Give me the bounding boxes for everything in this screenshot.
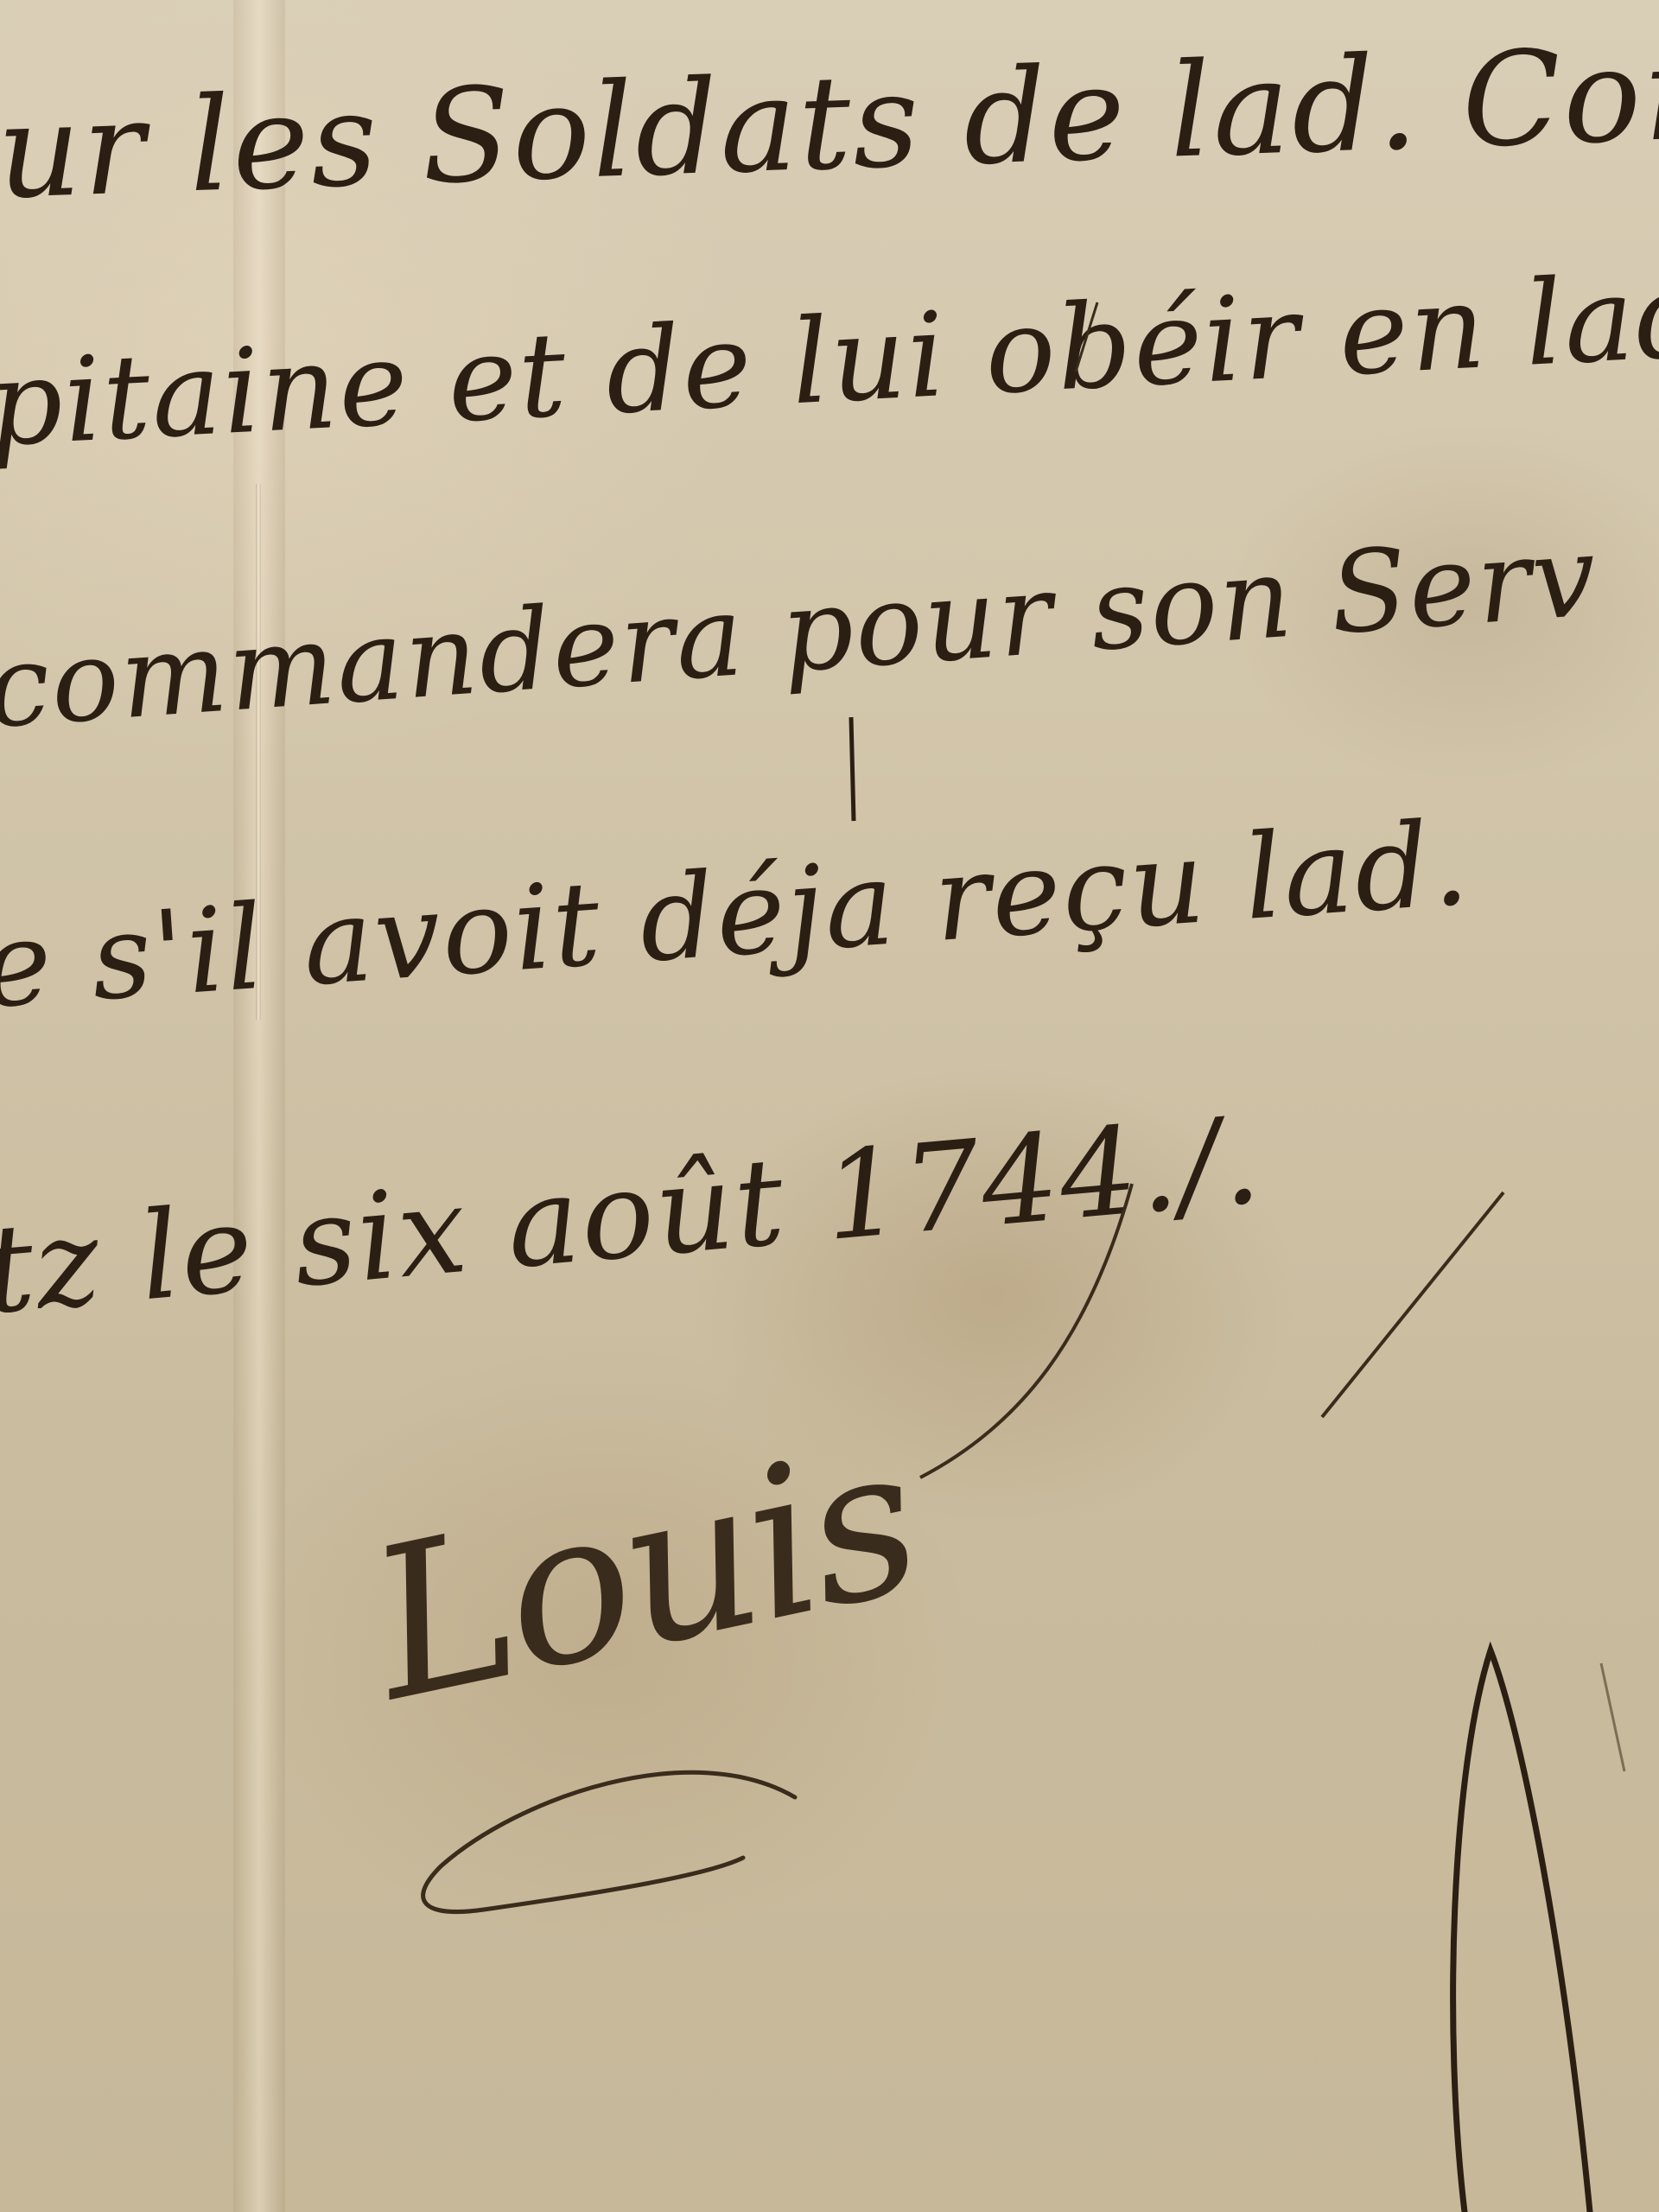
pen-flourishes-icon [0, 0, 1659, 2212]
